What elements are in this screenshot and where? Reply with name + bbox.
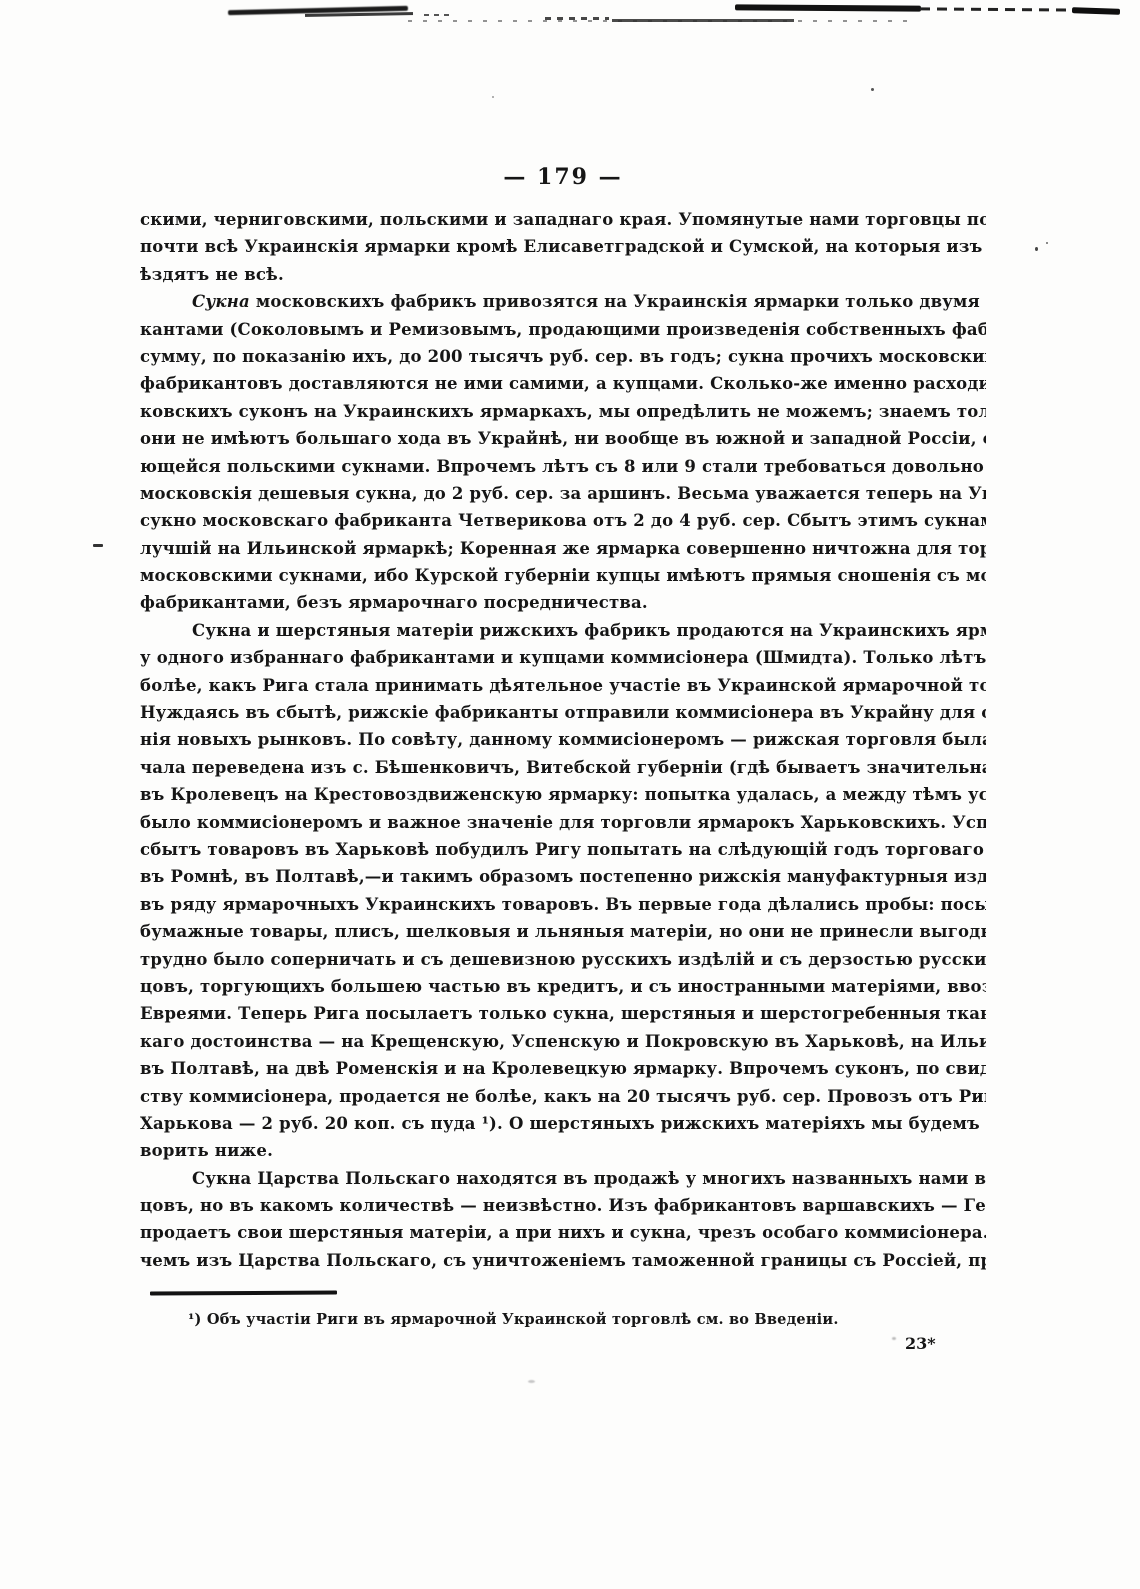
text-line: лучшій на Ильинской ярмаркѣ; Коренная же… <box>140 535 986 562</box>
text-line: чала переведена изъ с. Бѣшенковичъ, Вите… <box>140 754 986 781</box>
text-line: ѣздятъ не всѣ. <box>140 261 986 288</box>
scan-artifact <box>1072 7 1120 15</box>
text-line: чемъ изъ Царства Польскаго, съ уничтожен… <box>140 1247 986 1274</box>
paragraph: Сукна московскихъ фабрикъ привозятся на … <box>140 288 986 617</box>
text-line: въ Полтавѣ, на двѣ Роменскія и на Кролев… <box>140 1055 986 1082</box>
text-line: они не имѣютъ большаго хода въ Украйнѣ, … <box>140 425 986 452</box>
text-line: фабрикантами, безъ ярмарочнаго посреднич… <box>140 589 986 616</box>
text-line: Сукна московскихъ фабрикъ привозятся на … <box>140 288 986 315</box>
scan-speck <box>528 1380 535 1383</box>
scan-artifact <box>228 6 408 15</box>
scan-artifact <box>545 17 609 20</box>
text-block: скими, черниговскими, польскими и западн… <box>140 206 986 1274</box>
text-line: продаетъ свои шерстяныя матеріи, а при н… <box>140 1219 986 1246</box>
text-line: цовъ, торгующихъ большею частью въ креди… <box>140 973 986 1000</box>
text-line: ковскихъ суконъ на Украинскихъ ярмаркахъ… <box>140 398 986 425</box>
text-line: въ Кролевецъ на Крестовоздвиженскую ярма… <box>140 781 986 808</box>
text-line: Харькова — 2 руб. 20 коп. съ пуда ¹). О … <box>140 1110 986 1137</box>
scan-speck <box>492 96 494 98</box>
text-line: въ Ромнѣ, въ Полтавѣ,—и такимъ образомъ … <box>140 863 986 890</box>
italic-lead-word: Сукна <box>192 292 250 311</box>
scan-artifact <box>920 7 1084 11</box>
scan-artifact <box>424 14 454 16</box>
text-line: фабрикантовъ доставляются не ими самими,… <box>140 370 986 397</box>
text-line: у одного избраннаго фабрикантами и купца… <box>140 644 986 671</box>
paragraph: Сукна и шерстяныя матеріи рижскихъ фабри… <box>140 617 986 1165</box>
text-line: сумму, по показанію ихъ, до 200 тысячъ р… <box>140 343 986 370</box>
text-line: въ ряду ярмарочныхъ Украинскихъ товаровъ… <box>140 891 986 918</box>
text-line: московскими сукнами, ибо Курской губерні… <box>140 562 986 589</box>
text-line: скими, черниговскими, польскими и западн… <box>140 206 986 233</box>
text-line: почти всѣ Украинскія ярмарки кромѣ Елиса… <box>140 233 986 260</box>
text-line: цовъ, но въ какомъ количествѣ — неизвѣст… <box>140 1192 986 1219</box>
text-line: Сукна и шерстяныя матеріи рижскихъ фабри… <box>140 617 986 644</box>
scan-artifact <box>612 19 794 22</box>
scan-artifact <box>305 12 413 17</box>
footnote-text: ¹) Объ участіи Риги въ ярмарочной Украин… <box>188 1311 839 1328</box>
text-line: сукно московскаго фабриканта Четверикова… <box>140 507 986 534</box>
text-line: кантами (Соколовымъ и Ремизовымъ, продаю… <box>140 316 986 343</box>
paragraph: Сукна Царства Польскаго находятся въ про… <box>140 1165 986 1275</box>
scan-speck <box>1035 247 1038 251</box>
text-line: бумажные товары, плисъ, шелковыя и льнян… <box>140 918 986 945</box>
text-line: сбытъ товаровъ въ Харьковѣ побудилъ Ригу… <box>140 836 986 863</box>
text-line: каго достоинства — на Крещенскую, Успенс… <box>140 1028 986 1055</box>
text-line: Сукна Царства Польскаго находятся въ про… <box>140 1165 986 1192</box>
scan-speck <box>1046 242 1048 244</box>
text-line: трудно было соперничать и съ дешевизною … <box>140 946 986 973</box>
text-line: болѣе, какъ Рига стала принимать дѣятель… <box>140 672 986 699</box>
text-line: ворить ниже. <box>140 1137 986 1164</box>
footnote-separator <box>150 1291 337 1295</box>
text-line: Евреями. Теперь Рига посылаетъ только су… <box>140 1000 986 1027</box>
signature-mark: 23* <box>905 1334 936 1353</box>
text-line: ющейся польскими сукнами. Впрочемъ лѣтъ … <box>140 453 986 480</box>
scan-artifact <box>735 4 921 11</box>
paragraph: скими, черниговскими, польскими и западн… <box>140 206 986 288</box>
text-line: ству коммисіонера, продается не болѣе, к… <box>140 1083 986 1110</box>
scan-speck <box>93 544 103 547</box>
scan-artifact <box>408 20 908 22</box>
text-line: было коммисіонеромъ и важное значеніе дл… <box>140 809 986 836</box>
scanned-page: — 179 — скими, черниговскими, польскими … <box>0 0 1140 1589</box>
text-line: нія новыхъ рынковъ. По совѣту, данному к… <box>140 726 986 753</box>
text-line: московскія дешевыя сукна, до 2 руб. сер.… <box>140 480 986 507</box>
page-number: — 179 — <box>140 164 986 190</box>
scan-speck <box>871 88 874 91</box>
scan-speck <box>892 1337 896 1340</box>
text-line: Нуждаясь въ сбытѣ, рижскіе фабриканты от… <box>140 699 986 726</box>
